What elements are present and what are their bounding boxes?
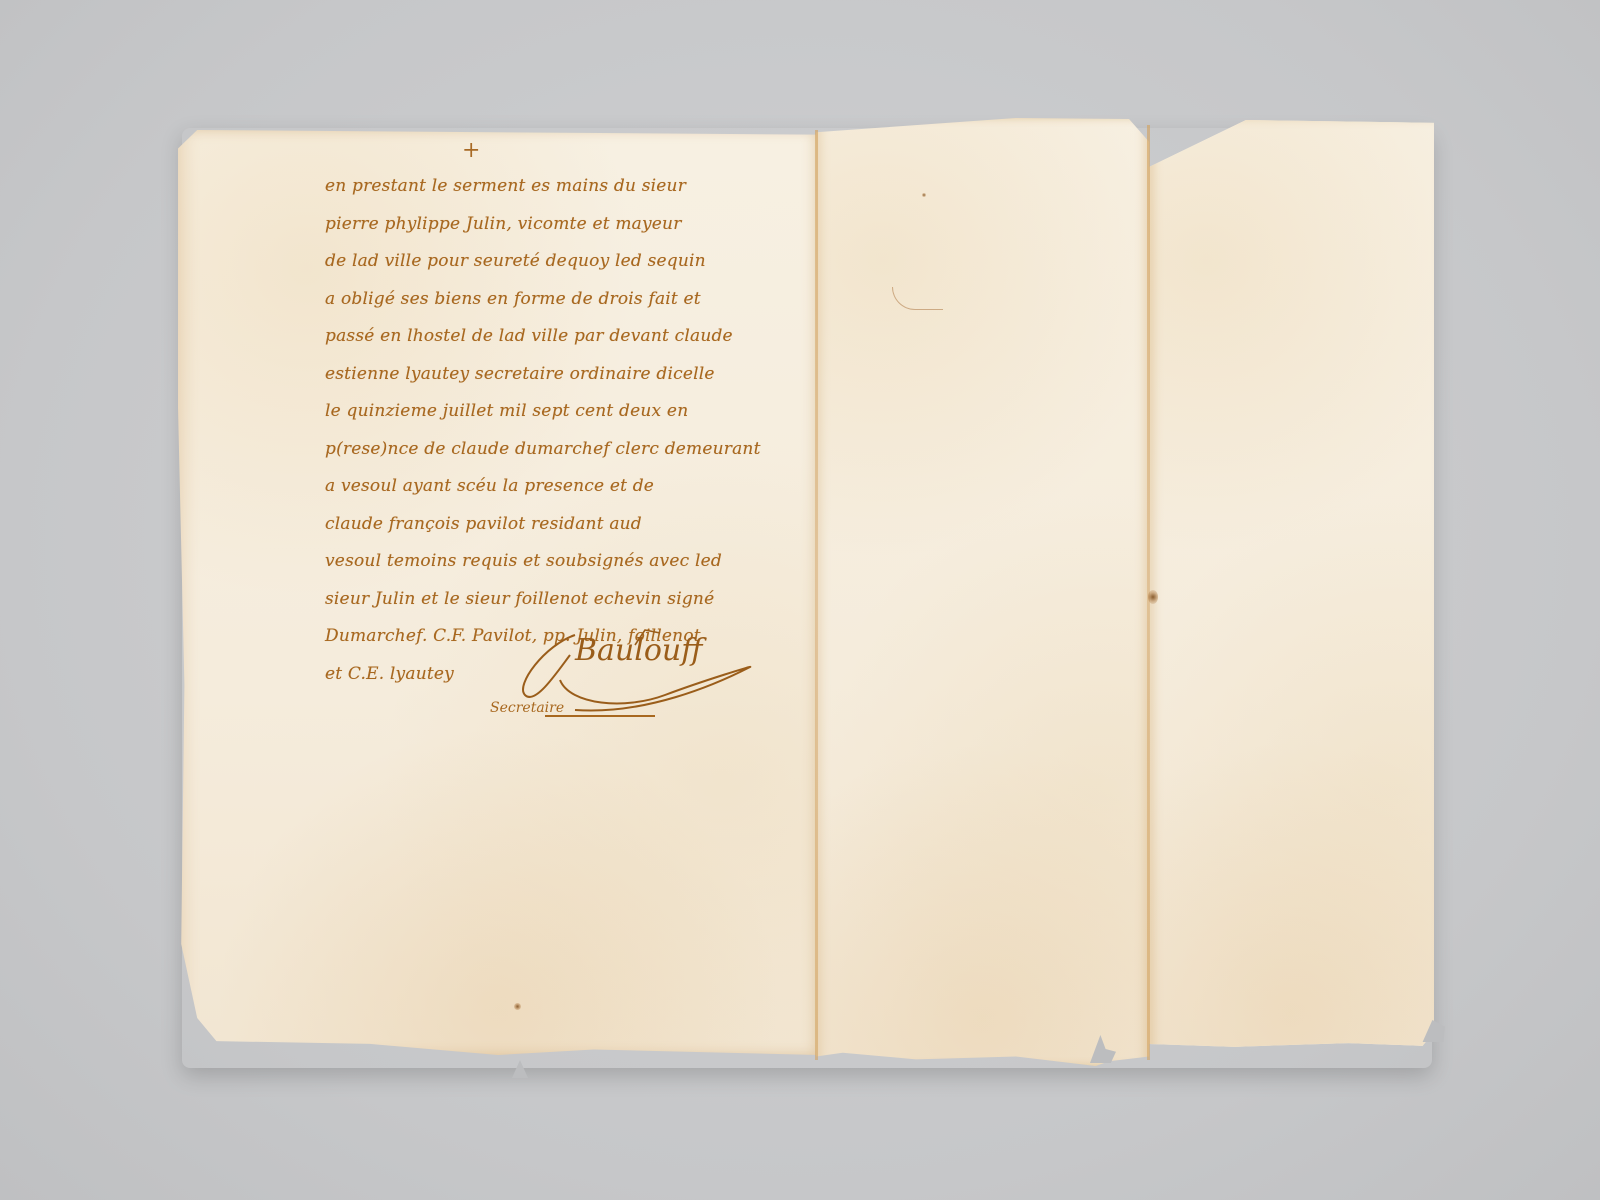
handwritten-text-block: en prestant le serment es mains du sieur… xyxy=(325,168,805,693)
manuscript-line: claude françois pavilot residant aud xyxy=(325,506,805,544)
manuscript-line: pierre phylippe Julin, vicomte et mayeur xyxy=(325,206,805,244)
ink-blot xyxy=(1148,590,1158,604)
middle-panel-page xyxy=(816,118,1149,1066)
manuscript-line: vesoul temoins requis et soubsignés avec… xyxy=(325,543,805,581)
foxing-spot xyxy=(922,193,926,197)
manuscript-line: p(rese)nce de claude dumarchef clerc dem… xyxy=(325,431,805,469)
header-cross-mark: + xyxy=(462,138,480,163)
signature-caption: Secretaire xyxy=(490,700,564,716)
paper-tear-hole xyxy=(512,1060,528,1078)
manuscript-line: estienne lyautey secretaire ordinaire di… xyxy=(325,356,805,394)
manuscript-line: en prestant le serment es mains du sieur xyxy=(325,168,805,206)
signature-name: Baulouff xyxy=(575,633,703,668)
document-photo: + en prestant le serment es mains du sie… xyxy=(0,0,1600,1200)
manuscript-line: passé en lhostel de lad ville par devant… xyxy=(325,318,805,356)
manuscript-line: a vesoul ayant scéu la presence et de xyxy=(325,468,805,506)
fold-crease-left xyxy=(815,130,818,1060)
manuscript-line: de lad ville pour seureté dequoy led seq… xyxy=(325,243,805,281)
right-panel-page xyxy=(1149,120,1434,1060)
signature-underline xyxy=(545,715,655,717)
manuscript-line: a obligé ses biens en forme de drois fai… xyxy=(325,281,805,319)
foxing-spot xyxy=(514,1003,521,1010)
manuscript-line: sieur Julin et le sieur foillenot echevi… xyxy=(325,581,805,619)
manuscript-line: le quinzieme juillet mil sept cent deux … xyxy=(325,393,805,431)
